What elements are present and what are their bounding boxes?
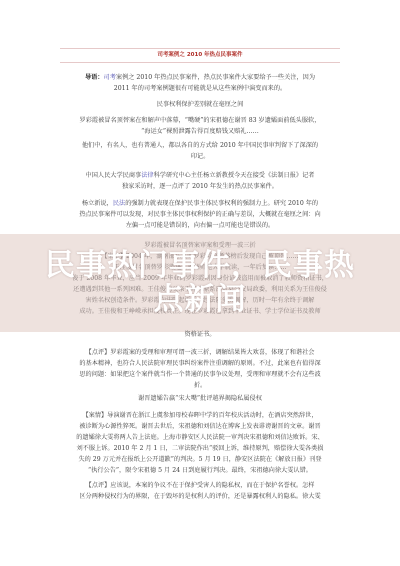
paragraph-2: 他们中，有名人，也有普通人，都以各自的方式给 2010 年中国民事审判留下了深深… [62, 140, 338, 162]
link-minfa[interactable]: 民法 [113, 200, 125, 207]
overlay-headline-line1: 民事热门事件，民事热 [0, 249, 400, 283]
lead-paragraph: 导语：司考案例之 2010 年热点民事案件，热点民事案件大家要给予一些关注，因为… [62, 72, 338, 94]
case-2: 【案情】导演谢晋在浙江上虞参加母校春晖中学的百年校庆活动时，在酒店突然辞世， 被… [62, 410, 338, 476]
link-falv[interactable]: 法律 [141, 172, 153, 179]
para1-line2: “海运女”裸照泄露告得百度赔钱又赔礼…… [62, 126, 338, 137]
para3-line2: 独家采访时，逐一点评了 2010 年发生的热点民事案件。 [62, 181, 338, 192]
link-sikao[interactable]: 司考 [104, 74, 116, 81]
paragraph-4: 杨立新说，民法的强制力就表现在保护民事主体民事权利的强制力上。研究 2010 年… [62, 198, 338, 231]
paragraph-3: 中国人民大学民商事法律科学研究中心主任杨立新教授今天在接受《法制日报》记者 独家… [62, 170, 338, 192]
comment-2: 【点评】应该说，本案的争议不在于保护受害人的隐私权，而在于保护名誉权。怎样 区分… [62, 480, 338, 502]
para2-line2: 印记。 [62, 151, 338, 162]
case2-line5: 失的 29 万元并在报纸上公开道歉”的判决。5 月 19 日，静安区法院在《解放… [62, 454, 338, 465]
paragraph-1: 罗彩霞被冒名顶替案在和解声中落幕，“嘴硬”的宋祖德在谢晋 83 岁遗孀面前低头服… [62, 115, 338, 137]
para4-post: 的强制力就表现在保护民事主体民事权利的强制力上。研究 2010 年的 [125, 200, 318, 207]
document-title: 司考案例之 2010 年热点民事案件 [60, 48, 340, 63]
section-heading-1: 民事权利保护差别就在毫厘之间 [62, 99, 338, 110]
section-heading-2: 谢晋遗孀告赢“宋大嘴”批评越界揭隐私属侵权 [62, 393, 338, 404]
comment1-line4: 折。 [62, 380, 338, 391]
lead-text: 案例之 2010 年热点民事案件，热点民事案件大家要给予一些关注，因为 [116, 74, 315, 81]
comment1-line1: 【点评】罗彩霞案的受理和审理可谓一波三折，调解结果皆大欢喜，体现了和谐社会 [62, 347, 338, 358]
comment2-line1: 【点评】应该说，本案的争议不在于保护受害人的隐私权，而在于保护名誉权。怎样 [62, 480, 338, 491]
para3-post: 科学研究中心主任杨立新教授今天在接受《法制日报》记者 [154, 172, 315, 179]
faded-line7: 资格证书。 [62, 329, 338, 340]
case2-line2: 被诊断为心源性猝死。谢晋去世后，宋祖德和刘信达在博客上发表诽谤谢晋的文章。谢晋 [62, 421, 338, 432]
overlay-headline-line2: 点新闻 [0, 283, 400, 317]
para4-line3: 左偏一点可能是错误的，向右偏一点可能也是错误的。 [62, 220, 338, 231]
para4-pre: 杨立新说， [82, 200, 113, 207]
para4-line2: 热点民事案件可以发现，对民事主体民事权利保护的正确与差误，大概就在毫厘之间：向 [62, 209, 338, 220]
case2-line1: 【案情】导演谢晋在浙江上虞参加母校春晖中学的百年校庆活动时，在酒店突然辞世， [62, 410, 338, 421]
case2-line6: “执行公告”，限令宋祖德 5 月 24 日到庭履行判决。最终，宋祖德向徐大雯认错… [62, 465, 338, 476]
case2-line4: 刘不服上诉。2010 年 2 月 1 日，二审法院作出“驳回上诉，维持原判，赔偿… [62, 443, 338, 454]
case2-line3: 的遗孀徐大雯将两人告上法庭。上海市静安区人民法院一审判决宋祖德和刘信达败诉。宋、 [62, 432, 338, 443]
lead-text-line2: 2011 年的司考案例题很有可能就是从这些案例中演变而来的。 [62, 83, 338, 94]
lead-label: 导语： [85, 74, 104, 81]
para2-line1: 他们中，有名人，也有普通人，都以各自的方式给 2010 年中国民事审判留下了深深… [62, 140, 338, 151]
comment1-line3: 思的问题：如果把这个案件就当作一个普通的民事争议处理，受理和审理就不会有这些波 [62, 369, 338, 380]
comment1-line2: 的基本精神，也符合人民法院审理民事纠纷案件注重调解的原则。不过，此案也有值得深 [62, 358, 338, 369]
comment2-line2: 区分两种侵权行为的界限，在于毁坏的是权利人的评价，还是暴露权利人的隐私。徐大雯 [62, 491, 338, 502]
para3-pre: 中国人民大学民商事 [86, 172, 142, 179]
para1-line1: 罗彩霞被冒名顶替案在和解声中落幕，“嘴硬”的宋祖德在谢晋 83 岁遗孀面前低头服… [62, 115, 338, 126]
comment-1: 【点评】罗彩霞案的受理和审理可谓一波三折，调解结果皆大欢喜，体现了和谐社会 的基… [62, 347, 338, 391]
